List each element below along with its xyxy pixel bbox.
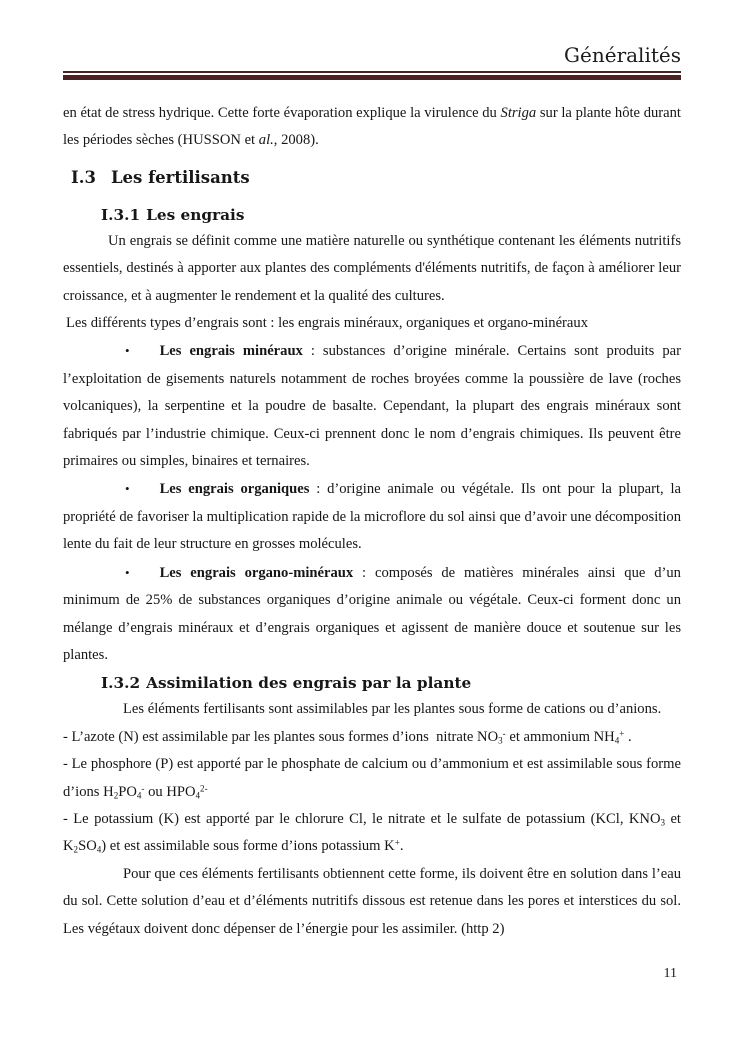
heading-les-engrais: I.3.1Les engrais xyxy=(101,203,681,228)
heading-number: I.3.1 xyxy=(101,206,140,224)
paragraph-assimilation: Les éléments fertilisants sont assimilab… xyxy=(63,696,681,723)
paragraph-solution: Pour que ces éléments fertilisants obtie… xyxy=(63,861,681,943)
bullet-icon: • xyxy=(125,565,130,580)
heading-assimilation: I.3.2Assimilation des engrais par la pla… xyxy=(101,671,681,696)
paragraph-potassium: - Le potassium (K) est apporté par le ch… xyxy=(63,806,681,861)
bullet-item-engrais-mineraux: •Les engrais minéraux : substances d’ori… xyxy=(63,337,681,475)
bullet-body: : composés de matières minérales ainsi q… xyxy=(63,565,681,663)
paragraph-intro: en état de stress hydrique. Cette forte … xyxy=(63,80,681,155)
document-page: Généralités en état de stress hydrique. … xyxy=(0,0,745,1053)
bullet-item-engrais-organiques: •Les engrais organiques : d’origine anim… xyxy=(63,475,681,558)
potassium-text: - Le potassium (K) est apporté par le ch… xyxy=(63,811,661,827)
chem-superscript: 2- xyxy=(200,783,208,793)
page-number: 11 xyxy=(664,964,677,984)
intro-text: , 2008). xyxy=(274,132,319,148)
azote-text: . xyxy=(624,729,631,745)
azote-text: et ammonium NH xyxy=(506,729,615,745)
heading-title: Assimilation des engrais par la plante xyxy=(146,674,471,692)
paragraph-phosphore: - Le phosphore (P) est apporté par le ph… xyxy=(63,751,681,806)
phosphore-text: PO xyxy=(118,784,137,800)
heading-les-fertilisants: I.3Les fertilisants xyxy=(71,165,681,191)
bullet-item-engrais-organo-mineraux: •Les engrais organo-minéraux : composés … xyxy=(63,559,681,670)
running-header: Généralités xyxy=(63,0,681,80)
heading-title: Les fertilisants xyxy=(111,168,250,187)
bullet-lead-bold: Les engrais organiques xyxy=(160,481,310,497)
paragraph-definition-engrais: Un engrais se définit comme une matière … xyxy=(63,228,681,310)
phosphore-text: ou HPO xyxy=(144,784,195,800)
potassium-text: ) et est assimilable sous forme d’ions p… xyxy=(101,838,394,854)
bullet-body: : substances d’origine minérale. Certain… xyxy=(63,343,681,469)
heading-number: I.3.2 xyxy=(101,674,140,692)
paragraph-azote: - L’azote (N) est assimilable par les pl… xyxy=(63,724,681,751)
document-body: en état de stress hydrique. Cette forte … xyxy=(63,80,681,943)
header-rule xyxy=(63,71,681,80)
azote-text: - L’azote (N) est assimilable par les pl… xyxy=(63,729,498,745)
striga-italic: Striga xyxy=(501,105,537,121)
intro-text: en état de stress hydrique. Cette forte … xyxy=(63,105,501,121)
bullet-body: : d’origine animale ou végétale. Ils ont… xyxy=(63,481,681,552)
bullet-icon: • xyxy=(125,481,130,496)
bullet-lead-bold: Les engrais organo-minéraux xyxy=(160,565,354,581)
potassium-text: . xyxy=(400,838,404,854)
bullet-lead-bold: Les engrais minéraux xyxy=(160,343,303,359)
header-title: Généralités xyxy=(63,42,681,68)
heading-title: Les engrais xyxy=(146,206,244,224)
heading-number: I.3 xyxy=(71,168,96,187)
potassium-text: SO xyxy=(78,838,97,854)
paragraph-types-engrais: Les différents types d’engrais sont : le… xyxy=(63,310,681,337)
etal-italic: al. xyxy=(259,132,274,148)
bullet-icon: • xyxy=(125,343,130,358)
